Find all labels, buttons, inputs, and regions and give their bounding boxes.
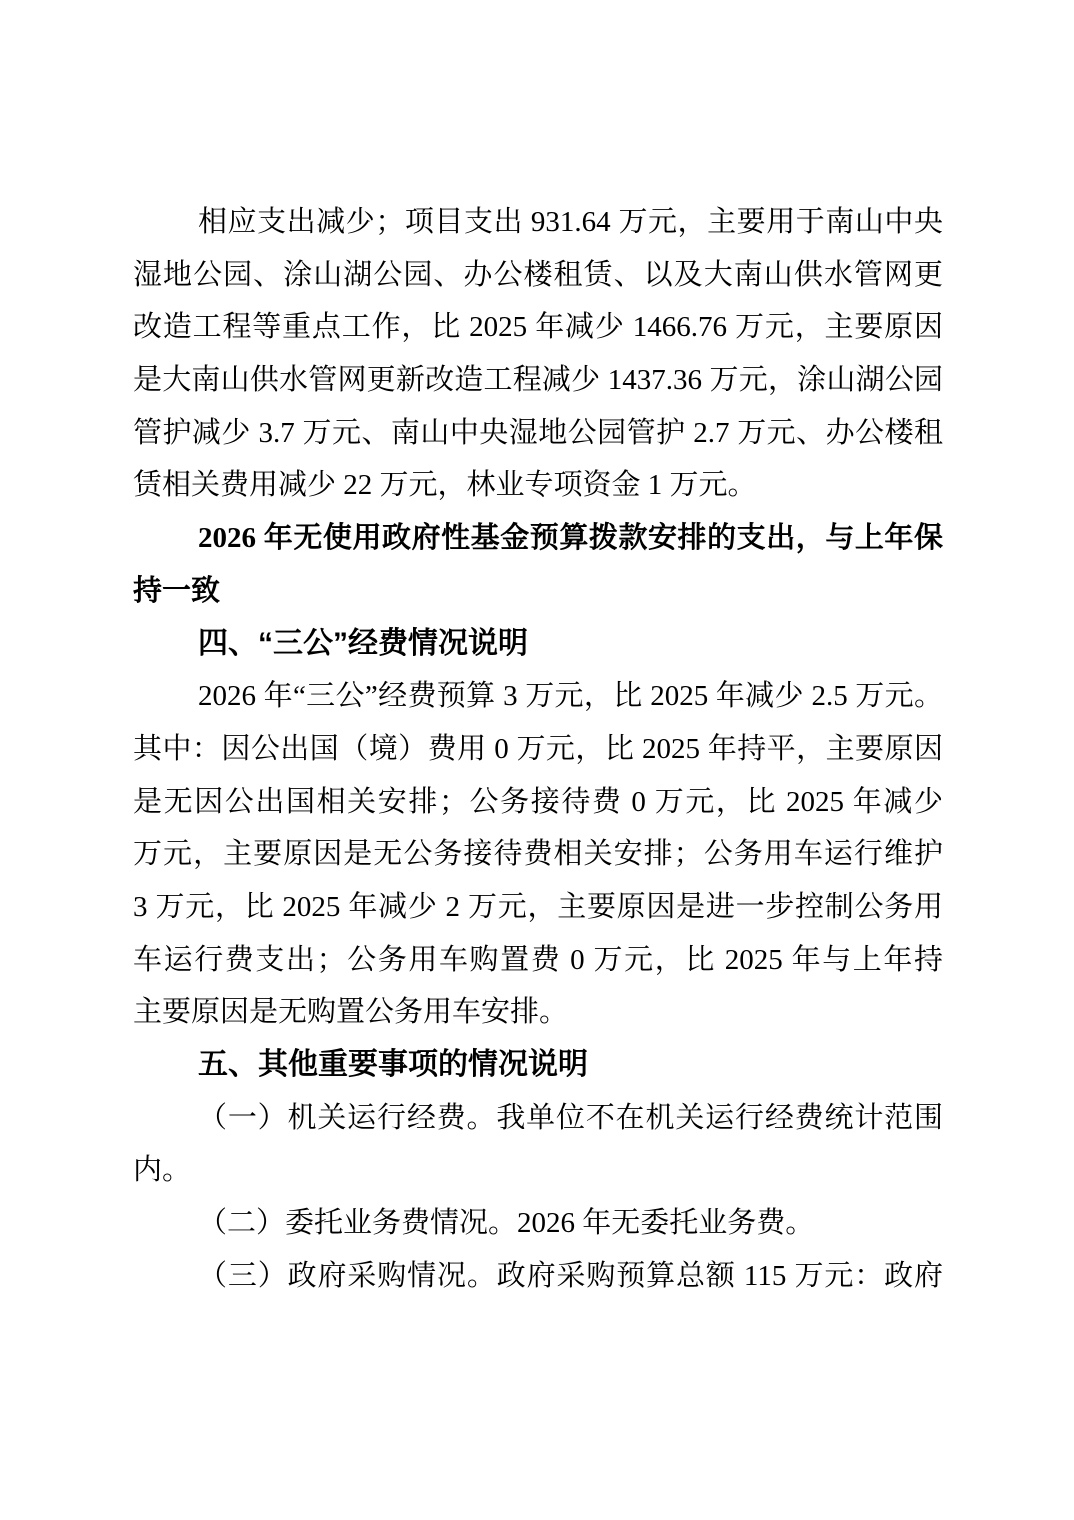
text-line: 其中：因公出国（境）费用 0 万元，比 2025 年持平，主要原因 — [133, 723, 943, 776]
text-line: （三）政府采购情况。政府采购预算总额 115 万元：政府采 — [133, 1250, 943, 1303]
text-line: 赁相关费用减少 22 万元，林业专项资金 1 万元。 — [133, 459, 943, 512]
text-line: 万元，主要原因是无公务接待费相关安排；公务用车运行维护费 — [133, 828, 943, 881]
paragraph-project-expenditure: 相应支出减少；项目支出 931.64 万元，主要用于南山中央 湿地公园、涂山湖公… — [133, 196, 943, 512]
text-line: 是大南山供水管网更新改造工程减少 1437.36 万元，涂山湖公园 — [133, 354, 943, 407]
text-line: 管护减少 3.7 万元、南山中央湿地公园管护 2.7 万元、办公楼租 — [133, 407, 943, 460]
paragraph-operating-funds: （一）机关运行经费。我单位不在机关运行经费统计范围之 内。 — [133, 1092, 943, 1197]
text-line: 2026 年无使用政府性基金预算拨款安排的支出，与上年保 — [133, 512, 943, 565]
text-line: 车运行费支出；公务用车购置费 0 万元，比 2025 年与上年持平， — [133, 934, 943, 987]
text-line: 相应支出减少；项目支出 931.64 万元，主要用于南山中央 — [133, 196, 943, 249]
text-line: 持一致 — [133, 565, 943, 618]
text-line: 是无因公出国相关安排；公务接待费 0 万元，比 2025 年减少 0.5 — [133, 776, 943, 829]
text-line: 改造工程等重点工作，比 2025 年减少 1466.76 万元，主要原因 — [133, 301, 943, 354]
document-content: 相应支出减少；项目支出 931.64 万元，主要用于南山中央 湿地公园、涂山湖公… — [133, 196, 943, 1302]
text-line: 湿地公园、涂山湖公园、办公楼租赁、以及大南山供水管网更新 — [133, 249, 943, 302]
text-line: （二）委托业务费情况。2026 年无委托业务费。 — [133, 1197, 943, 1250]
paragraph-government-fund-statement: 2026 年无使用政府性基金预算拨款安排的支出，与上年保 持一致 — [133, 512, 943, 617]
paragraph-entrusted-business-fee: （二）委托业务费情况。2026 年无委托业务费。 — [133, 1197, 943, 1250]
section-heading-other-important-items: 五、其他重要事项的情况说明 — [133, 1039, 943, 1092]
paragraph-three-public-funds-detail: 2026 年“三公”经费预算 3 万元，比 2025 年减少 2.5 万元。 其… — [133, 670, 943, 1039]
section-heading-three-public-funds: 四、“三公”经费情况说明 — [133, 618, 943, 671]
document-page: 相应支出减少；项目支出 931.64 万元，主要用于南山中央 湿地公园、涂山湖公… — [0, 0, 1074, 1520]
text-line: 内。 — [133, 1144, 943, 1197]
text-line: 主要原因是无购置公务用车安排。 — [133, 986, 943, 1039]
text-line: 2026 年“三公”经费预算 3 万元，比 2025 年减少 2.5 万元。 — [133, 670, 943, 723]
text-line: （一）机关运行经费。我单位不在机关运行经费统计范围之 — [133, 1092, 943, 1145]
paragraph-government-procurement: （三）政府采购情况。政府采购预算总额 115 万元：政府采 — [133, 1250, 943, 1303]
text-line: 3 万元，比 2025 年减少 2 万元，主要原因是进一步控制公务用 — [133, 881, 943, 934]
